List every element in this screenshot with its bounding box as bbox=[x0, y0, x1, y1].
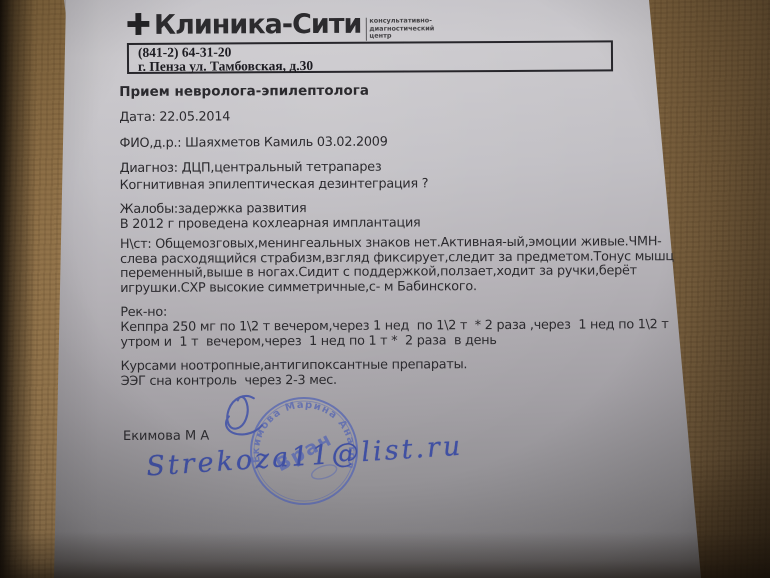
doctor-name: Екимова М А bbox=[123, 429, 209, 444]
recommendations-block: Рек-но: Кеппра 250 мг по 1\2 т вечером,ч… bbox=[120, 302, 668, 350]
clinic-tagline-line: центр bbox=[369, 32, 434, 40]
recommendation-line: Кеппра 250 мг по 1\2 т вечером,через 1 н… bbox=[120, 317, 668, 335]
diagnosis-block: Диагноз: ДЦП,центральный тетрапарез Когн… bbox=[120, 159, 429, 194]
clinic-logo: ✚ Клиника-Сити консультативно- диагности… bbox=[126, 8, 435, 42]
course-line: Курсами ноотропные,антигипоксантные преп… bbox=[121, 357, 468, 374]
recommendation-line: утром и 1 т вечером,через 1 нед по 1 т *… bbox=[120, 332, 668, 350]
course-line: ЭЭГ сна контроль через 2-3 мес. bbox=[121, 372, 468, 389]
complaints-line: Жалобы:задержка развития bbox=[120, 200, 421, 217]
doctor-signature bbox=[214, 391, 278, 447]
complaints-block: Жалобы:задержка развития В 2012 г провед… bbox=[120, 200, 421, 232]
status-line: игрушки.СХР высокие симметричные,с- м Ба… bbox=[120, 279, 674, 296]
visit-date-line: Дата: 22.05.2014 bbox=[119, 109, 230, 125]
clinic-tagline: консультативно- диагностический центр bbox=[365, 17, 434, 40]
medical-cross-icon: ✚ bbox=[126, 11, 151, 41]
patient-text: ФИО,д.р.: Шаяхметов Камиль 03.02.2009 bbox=[119, 135, 387, 151]
visit-heading: Прием невролога-эпилептолога bbox=[119, 83, 369, 100]
clinic-address: г. Пенза ул. Тамбовская, д.30 bbox=[138, 57, 611, 73]
photo-of-document: ✚ Клиника-Сити консультативно- диагности… bbox=[0, 0, 770, 578]
complaints-line: В 2012 г проведена кохлеарная имплантаци… bbox=[120, 215, 421, 232]
clinic-contact-box: (841-2) 64-31-20 г. Пенза ул. Тамбовская… bbox=[127, 40, 613, 74]
course-block: Курсами ноотропные,антигипоксантные преп… bbox=[121, 357, 468, 389]
document-content: ✚ Клиника-Сити консультативно- диагности… bbox=[0, 0, 770, 578]
visit-date-text: Дата: 22.05.2014 bbox=[119, 109, 230, 125]
diagnosis-line: Когнитивная эпилептическая дезинтеграция… bbox=[120, 176, 429, 194]
patient-line: ФИО,д.р.: Шаяхметов Камиль 03.02.2009 bbox=[119, 135, 387, 151]
clinic-name: Клиника-Сити bbox=[154, 9, 362, 42]
diagnosis-line: Диагноз: ДЦП,центральный тетрапарез bbox=[120, 159, 429, 177]
neuro-status-block: Н\ст: Общемозговых,менингеальных знаков … bbox=[120, 235, 674, 296]
